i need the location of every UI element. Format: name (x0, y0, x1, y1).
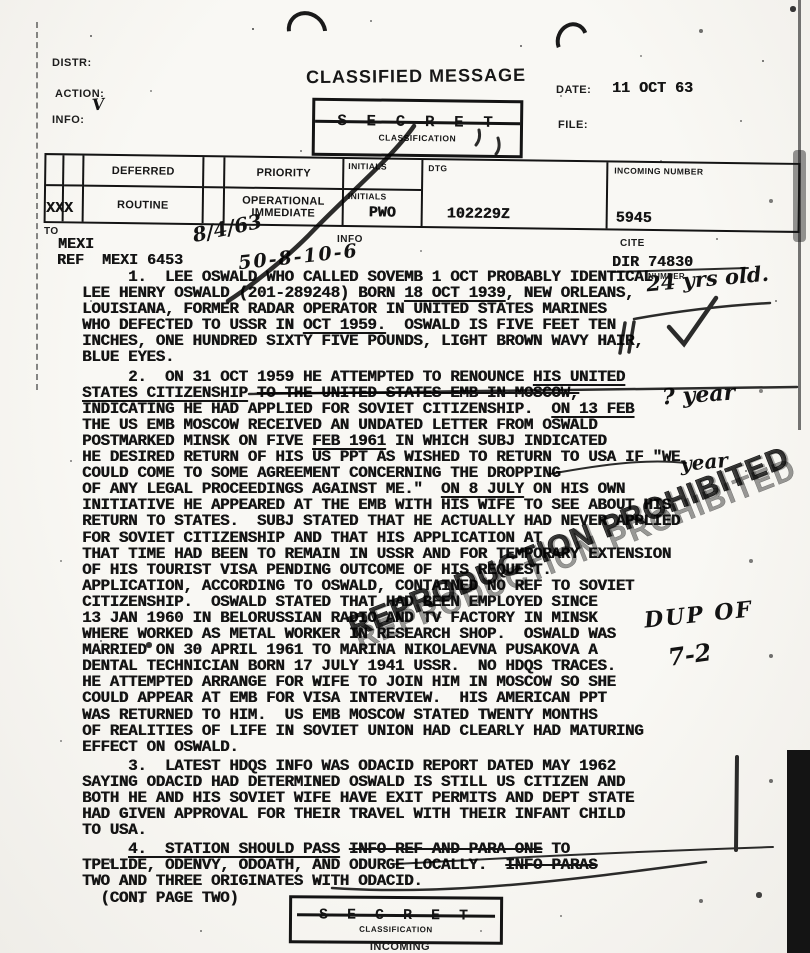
body-line: COULD APPEAR AT EMB FOR VISA INTERVIEW. … (82, 690, 782, 706)
classification-caption: CLASSIFICATION (378, 133, 456, 144)
classification-caption-bottom: CLASSIFICATION (359, 924, 433, 934)
file-label: FILE: (558, 119, 588, 131)
left-edge-line (36, 22, 38, 390)
info-label: INFO: (52, 114, 84, 126)
body-line: 4. STATION SHOULD PASS INFO REF AND PARA… (82, 841, 782, 857)
body-line: 2. ON 31 OCT 1959 HE ATTEMPTED TO RENOUN… (82, 369, 782, 385)
secret-word: S E C R E T (337, 112, 498, 132)
secret-word-bottom: S E C R E T (319, 906, 473, 924)
paper-speckles (0, 0, 2, 2)
dtg-value: 102229Z (447, 205, 510, 223)
initials-value: PWO (369, 204, 396, 221)
body-paragraph: 3. LATEST HDQS INFO WAS ODACID REPORT DA… (82, 758, 782, 838)
initials-cell-bottom: INITIALS PWO (344, 190, 421, 226)
routing-col-dtg: DTG 102229Z (423, 160, 609, 228)
classification-stamp-top: S E C R E T CLASSIFICATION (312, 98, 524, 159)
scanned-document-page: DISTR: ACTION: V INFO: CLASSIFIED MESSAG… (0, 0, 810, 953)
initials-label-top: INITIALS (348, 161, 387, 172)
body-line: INCHES, ONE HUNDRED SIXTY FIVE POUNDS, L… (82, 333, 782, 349)
body-line: OF HIS TOURIST VISA PENDING OUTCOME OF H… (82, 562, 782, 578)
initials-cell-top: INITIALS (344, 159, 421, 191)
operational-line: OPERATIONAL (242, 194, 325, 207)
routing-col-blank3 (204, 157, 226, 223)
to-value: MEXI (58, 236, 94, 253)
body-line: HAD GIVEN APPROVAL FOR THEIR TRAVEL WITH… (82, 806, 782, 822)
body-line: LOUISIANA, FORMER RADAR OPERATOR IN UNIT… (82, 301, 782, 317)
incoming-number-label: INCOMING NUMBER (614, 166, 703, 177)
routing-col-initials: INITIALS INITIALS PWO (344, 159, 424, 226)
body-line: OF REALITIES OF LIFE IN SOVIET UNION HAD… (82, 723, 782, 739)
body-line: THAT TIME HAD BEEN TO REMAIN IN USSR AND… (82, 546, 782, 562)
body-line: THE US EMB MOSCOW RECEIVED AN UNDATED LE… (82, 417, 782, 433)
classification-stamp-bottom: S E C R E T CLASSIFICATION (289, 895, 503, 944)
date-value: 11 OCT 63 (612, 80, 693, 97)
body-line: TO USA. (82, 822, 782, 838)
priority-cell: PRIORITY (225, 157, 342, 190)
body-line: TWO AND THREE ORIGINATES WITH ODACID. (82, 873, 782, 889)
dtg-label: DTG (428, 163, 447, 173)
body-paragraph: 2. ON 31 OCT 1959 HE ATTEMPTED TO RENOUN… (82, 369, 782, 755)
incoming-footer-label: INCOMING (350, 941, 450, 953)
body-line: 3. LATEST HDQS INFO WAS ODACID REPORT DA… (82, 758, 782, 774)
date-label: DATE: (556, 84, 591, 96)
document-title: CLASSIFIED MESSAGE (306, 65, 526, 88)
body-line: EFFECT ON OSWALD. (82, 739, 782, 755)
routing-col-incoming: INCOMING NUMBER 5945 (608, 162, 799, 230)
body-line: HE DESIRED RETURN OF HIS US PPT AS WISHE… (82, 449, 782, 465)
body-line: TPELIDE, ODENVY, ODOATH, AND ODURGE LOCA… (82, 857, 782, 873)
cite-label: CITE (620, 238, 645, 249)
routing-xxx-mark: XXX (46, 200, 73, 217)
scan-black-strip (787, 750, 810, 953)
distr-label: DISTR: (52, 57, 92, 69)
to-label: TO (44, 226, 59, 237)
body-line: BLUE EYES. (82, 349, 782, 365)
incoming-number-value: 5945 (616, 210, 652, 227)
copier-ring-artifact (550, 17, 593, 62)
body-line: BOTH HE AND HIS SOVIET WIFE HAVE EXIT PE… (82, 790, 782, 806)
body-line: POSTMARKED MINSK ON FIVE FEB 1961 IN WHI… (82, 433, 782, 449)
handwritten-dup-ref: 7-2 (666, 637, 713, 672)
routing-table: DEFERRED ROUTINE PRIORITY OPERATIONAL IM… (44, 153, 801, 233)
body-line: HE ATTEMPTED ARRANGE FOR WIFE TO JOIN HI… (82, 674, 782, 690)
body-line: WHO DEFECTED TO USSR IN OCT 1959. OSWALD… (82, 317, 782, 333)
body-line: COULD COME TO SOME AGREEMENT CONCERNING … (82, 465, 782, 481)
ref-line: REF MEXI 6453 (57, 252, 183, 269)
routing-col-precedence: DEFERRED ROUTINE (84, 156, 205, 224)
handwritten-years-question: ? year (661, 379, 736, 410)
body-line: SAYING ODACID HAD DETERMINED OSWALD IS S… (82, 774, 782, 790)
copier-ring-artifact (279, 3, 336, 59)
initials-label-bottom: INITIALS (348, 191, 387, 202)
routine-cell: ROUTINE (84, 187, 202, 224)
handwritten-action-mark: V (91, 94, 105, 114)
deferred-cell: DEFERRED (84, 156, 202, 189)
body-line: WAS RETURNED TO HIM. US EMB MOSCOW STATE… (82, 707, 782, 723)
